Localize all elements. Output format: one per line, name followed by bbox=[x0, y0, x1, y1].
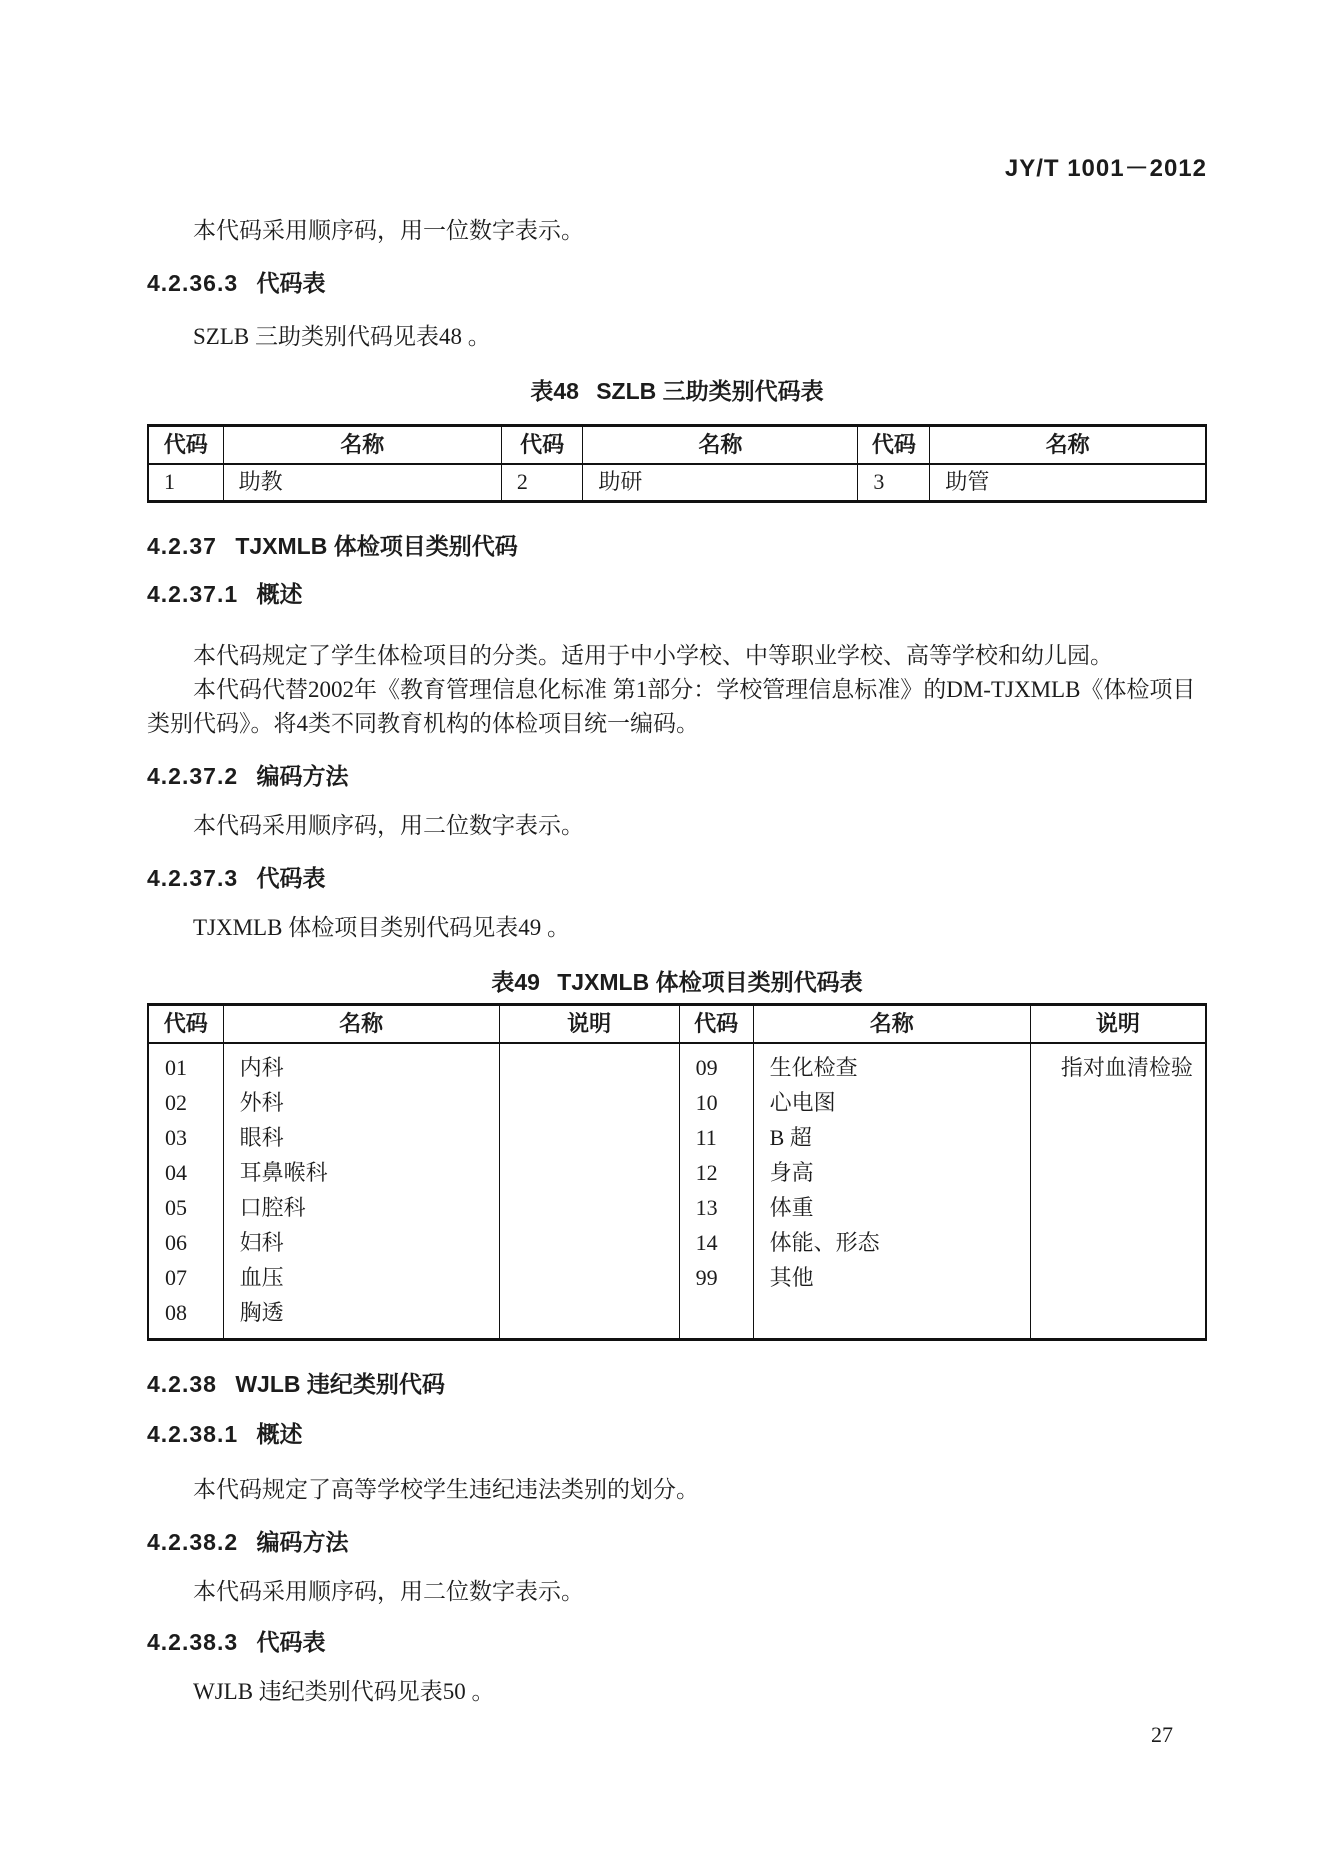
name-value: 生化检查 bbox=[754, 1050, 1030, 1085]
code-value: 12 bbox=[680, 1155, 753, 1190]
section-heading-4-2-37-1: 4.2.37.1概述 bbox=[147, 579, 1207, 609]
table-48-szlb-codes: 代码 名称 代码 名称 代码 名称 1 助教 2 助研 3 助管 bbox=[147, 424, 1207, 503]
heading-number: 4.2.37.1 bbox=[147, 581, 238, 607]
col-header-name: 名称 bbox=[930, 426, 1206, 465]
col-header-name: 名称 bbox=[223, 426, 501, 465]
name-value: 身高 bbox=[754, 1155, 1030, 1190]
code-value: 08 bbox=[149, 1295, 223, 1330]
table-caption-number: 表49 bbox=[491, 969, 540, 995]
code-value: 07 bbox=[149, 1260, 223, 1295]
col-header-code: 代码 bbox=[148, 426, 223, 465]
table-reference-paragraph: SZLB 三助类别代码见表48 。 bbox=[147, 320, 1207, 354]
code-value: 01 bbox=[149, 1050, 223, 1085]
code-cell: 1 bbox=[148, 464, 223, 502]
overview-paragraph: 本代码规定了高等学校学生违纪违法类别的划分。 bbox=[147, 1473, 1207, 1507]
note-value: 指对血清检验 bbox=[1031, 1050, 1205, 1085]
heading-title: 代码表 bbox=[257, 270, 326, 296]
section-heading-4-2-37-3: 4.2.37.3代码表 bbox=[147, 863, 1207, 893]
heading-title: 概述 bbox=[257, 581, 303, 607]
page-number: 27 bbox=[1151, 1722, 1173, 1748]
table-reference-paragraph: WJLB 违纪类别代码见表50 。 bbox=[147, 1675, 1207, 1709]
heading-number: 4.2.36.3 bbox=[147, 270, 238, 296]
name-value: 体重 bbox=[754, 1190, 1030, 1225]
overview-paragraph: 本代码代替2002年《教育管理信息化标准 第1部分：学校管理信息标准》的DM-T… bbox=[147, 673, 1207, 741]
col-header-note: 说明 bbox=[1030, 1005, 1206, 1044]
notes-column-right: 指对血清检验 bbox=[1030, 1043, 1206, 1340]
col-header-code: 代码 bbox=[858, 426, 930, 465]
heading-title: 编码方法 bbox=[257, 1529, 349, 1555]
heading-number: 4.2.38.2 bbox=[147, 1529, 238, 1555]
document-page: JY/T 1001－2012 本代码采用顺序码，用一位数字表示。 4.2.36.… bbox=[0, 0, 1323, 1871]
table-caption-title: SZLB 三助类别代码表 bbox=[596, 378, 823, 404]
section-heading-4-2-37: 4.2.37TJXMLB 体检项目类别代码 bbox=[147, 531, 1207, 561]
table-49-caption: 表49TJXMLB 体检项目类别代码表 bbox=[147, 965, 1207, 999]
names-column-right: 生化检查 心电图 B 超 身高 体重 体能、形态 其他 bbox=[753, 1043, 1030, 1340]
heading-title: TJXMLB 体检项目类别代码 bbox=[235, 533, 517, 559]
name-value: 其他 bbox=[754, 1260, 1030, 1295]
encoding-method-paragraph: 本代码采用顺序码，用二位数字表示。 bbox=[147, 809, 1207, 843]
code-value: 11 bbox=[680, 1120, 753, 1155]
heading-number: 4.2.37 bbox=[147, 533, 217, 559]
code-value: 09 bbox=[680, 1050, 753, 1085]
table-caption-title: TJXMLB 体检项目类别代码表 bbox=[557, 969, 862, 995]
heading-title: 代码表 bbox=[257, 1629, 326, 1655]
col-header-note: 说明 bbox=[499, 1005, 679, 1044]
table-48-caption: 表48SZLB 三助类别代码表 bbox=[147, 374, 1207, 408]
heading-title: WJLB 违纪类别代码 bbox=[235, 1371, 445, 1397]
table-caption-number: 表48 bbox=[530, 378, 579, 404]
name-cell: 助研 bbox=[583, 464, 858, 502]
encoding-method-paragraph: 本代码采用顺序码，用一位数字表示。 bbox=[147, 214, 1207, 248]
code-value: 03 bbox=[149, 1120, 223, 1155]
section-heading-4-2-38-1: 4.2.38.1概述 bbox=[147, 1419, 1207, 1449]
code-cell: 3 bbox=[858, 464, 930, 502]
table-49-tjxmlb-codes: 代码 名称 说明 代码 名称 说明 01 02 03 04 05 06 07 0… bbox=[147, 1003, 1207, 1341]
name-cell: 助教 bbox=[223, 464, 501, 502]
encoding-method-paragraph: 本代码采用顺序码，用二位数字表示。 bbox=[147, 1575, 1207, 1609]
heading-title: 编码方法 bbox=[257, 763, 349, 789]
name-value: B 超 bbox=[754, 1120, 1030, 1155]
section-heading-4-2-38-3: 4.2.38.3代码表 bbox=[147, 1627, 1207, 1657]
section-heading-4-2-36-3: 4.2.36.3代码表 bbox=[147, 268, 1207, 298]
table-body-row: 01 02 03 04 05 06 07 08 内科 外科 眼科 耳鼻喉科 口腔… bbox=[148, 1043, 1206, 1340]
name-value: 内科 bbox=[224, 1050, 499, 1085]
codes-column-right: 09 10 11 12 13 14 99 bbox=[679, 1043, 753, 1340]
heading-number: 4.2.37.3 bbox=[147, 865, 238, 891]
name-value: 胸透 bbox=[224, 1295, 499, 1330]
name-value: 体能、形态 bbox=[754, 1225, 1030, 1260]
name-value: 妇科 bbox=[224, 1225, 499, 1260]
doc-code-header: JY/T 1001－2012 bbox=[147, 152, 1207, 186]
col-header-name: 名称 bbox=[583, 426, 858, 465]
col-header-code: 代码 bbox=[679, 1005, 753, 1044]
code-value: 06 bbox=[149, 1225, 223, 1260]
name-value: 眼科 bbox=[224, 1120, 499, 1155]
table-row: 1 助教 2 助研 3 助管 bbox=[148, 464, 1206, 502]
name-value: 口腔科 bbox=[224, 1190, 499, 1225]
notes-column-left bbox=[499, 1043, 679, 1340]
name-value: 外科 bbox=[224, 1085, 499, 1120]
heading-number: 4.2.37.2 bbox=[147, 763, 238, 789]
code-value: 13 bbox=[680, 1190, 753, 1225]
heading-number: 4.2.38.3 bbox=[147, 1629, 238, 1655]
heading-number: 4.2.38 bbox=[147, 1371, 217, 1397]
name-value: 心电图 bbox=[754, 1085, 1030, 1120]
code-value: 02 bbox=[149, 1085, 223, 1120]
name-value: 耳鼻喉科 bbox=[224, 1155, 499, 1190]
codes-column-left: 01 02 03 04 05 06 07 08 bbox=[148, 1043, 223, 1340]
heading-number: 4.2.38.1 bbox=[147, 1421, 238, 1447]
names-column-left: 内科 外科 眼科 耳鼻喉科 口腔科 妇科 血压 胸透 bbox=[223, 1043, 499, 1340]
code-value: 05 bbox=[149, 1190, 223, 1225]
section-heading-4-2-38: 4.2.38WJLB 违纪类别代码 bbox=[147, 1369, 1207, 1399]
code-value: 04 bbox=[149, 1155, 223, 1190]
col-header-code: 代码 bbox=[148, 1005, 223, 1044]
name-value: 血压 bbox=[224, 1260, 499, 1295]
heading-title: 概述 bbox=[257, 1421, 303, 1447]
table-reference-paragraph: TJXMLB 体检项目类别代码见表49 。 bbox=[147, 911, 1207, 945]
code-value: 10 bbox=[680, 1085, 753, 1120]
col-header-name: 名称 bbox=[223, 1005, 499, 1044]
col-header-code: 代码 bbox=[501, 426, 582, 465]
code-value: 99 bbox=[680, 1260, 753, 1295]
code-value: 14 bbox=[680, 1225, 753, 1260]
name-cell: 助管 bbox=[930, 464, 1206, 502]
heading-title: 代码表 bbox=[257, 865, 326, 891]
table-header-row: 代码 名称 说明 代码 名称 说明 bbox=[148, 1005, 1206, 1044]
col-header-name: 名称 bbox=[753, 1005, 1030, 1044]
code-cell: 2 bbox=[501, 464, 582, 502]
table-header-row: 代码 名称 代码 名称 代码 名称 bbox=[148, 426, 1206, 465]
section-heading-4-2-37-2: 4.2.37.2编码方法 bbox=[147, 761, 1207, 791]
overview-paragraph: 本代码规定了学生体检项目的分类。适用于中小学校、中等职业学校、高等学校和幼儿园。 bbox=[147, 639, 1207, 673]
section-heading-4-2-38-2: 4.2.38.2编码方法 bbox=[147, 1527, 1207, 1557]
